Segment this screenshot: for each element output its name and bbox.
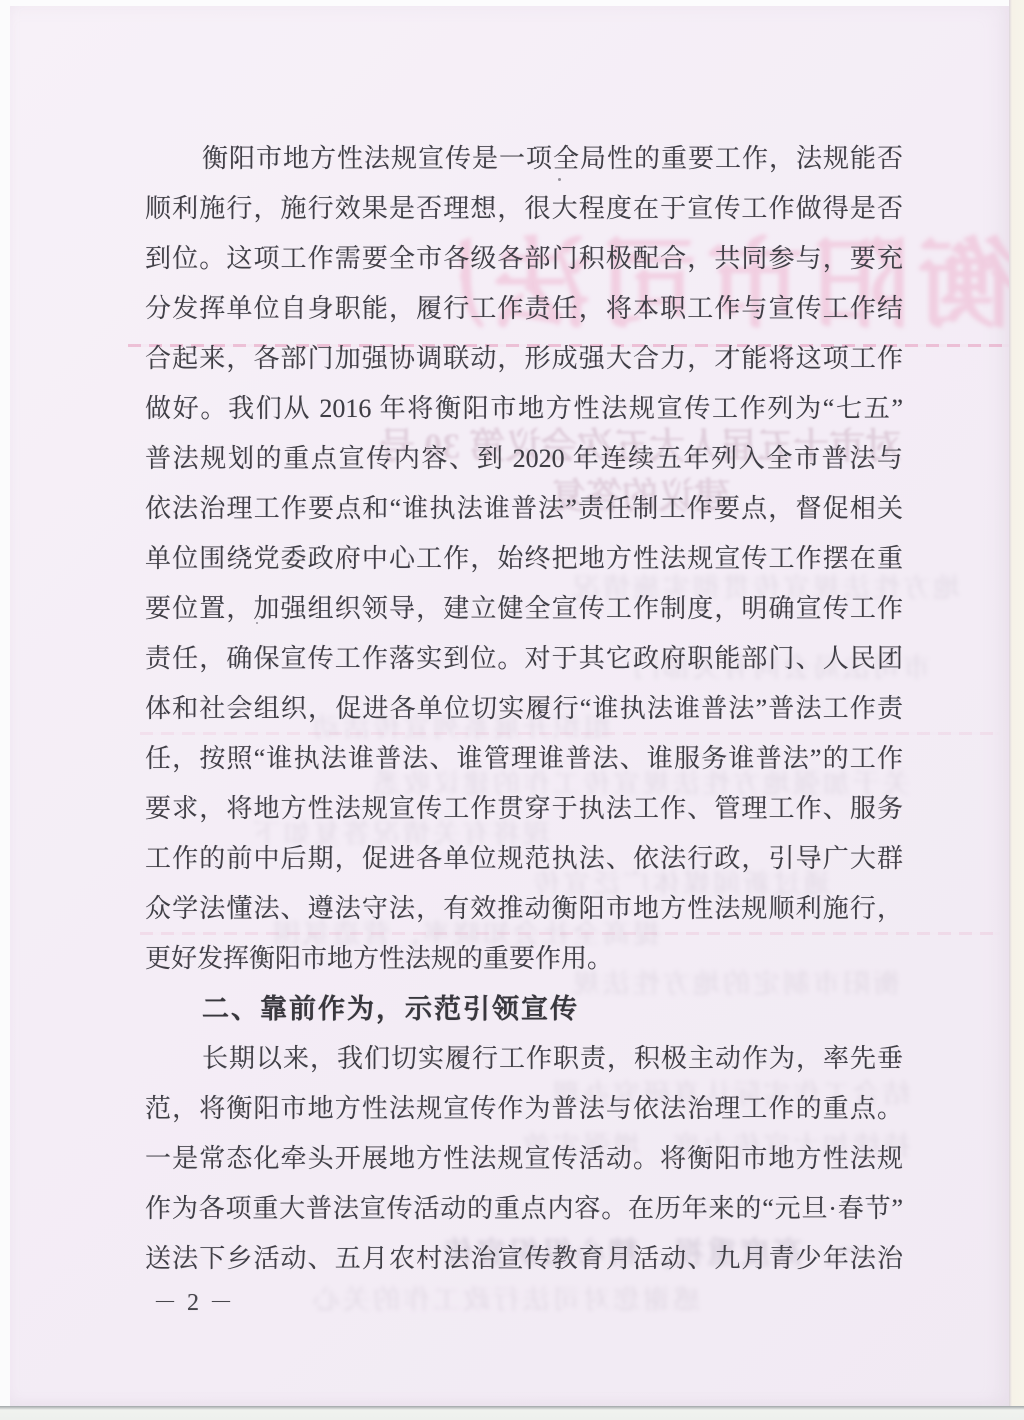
body-line: 长期以来，我们切实履行工作职责，积极主动作为，率先垂 bbox=[145, 1034, 903, 1084]
scan-speck bbox=[241, 396, 243, 399]
body-line: 要求，将地方性法规宣传工作贯穿于执法工作、管理工作、服务 bbox=[145, 784, 903, 834]
scan-edge bbox=[1009, 0, 1024, 1420]
body-line: 到位。这项工作需要全市各级各部门积极配合，共同参与，要充 bbox=[145, 234, 903, 284]
body-line: 要位置，加强组织领导，建立健全宣传工作制度，明确宣传工作 bbox=[145, 584, 903, 634]
document-body: 衡阳市地方性法规宣传是一项全局性的重要工作，法规能否 顺利施行，施行效果是否理想… bbox=[145, 134, 903, 1284]
body-line: 衡阳市地方性法规宣传是一项全局性的重要工作，法规能否 bbox=[145, 134, 903, 184]
section-heading: 二、靠前作为，示范引领宣传 bbox=[145, 984, 903, 1034]
body-line: 分发挥单位自身职能，履行工作责任，将本职工作与宣传工作结 bbox=[145, 284, 903, 334]
scan-speck bbox=[256, 622, 258, 624]
body-line: 范，将衡阳市地方性法规宣传作为普法与依法治理工作的重点。 bbox=[145, 1084, 903, 1134]
body-line: 工作的前中后期，促进各单位规范执法、依法行政，引导广大群 bbox=[145, 834, 903, 884]
body-line: 一是常态化牵头开展地方性法规宣传活动。将衡阳市地方性法规 bbox=[145, 1134, 903, 1184]
body-line: 更好发挥衡阳市地方性法规的重要作用。 bbox=[145, 934, 903, 984]
page-number: － 2 － bbox=[153, 1282, 235, 1317]
scan-edge bbox=[0, 1406, 1024, 1420]
body-line: 合起来，各部门加强协调联动，形成强大合力，才能将这项工作 bbox=[145, 334, 903, 384]
body-line: 作为各项重大普法宣传活动的重点内容。在历年来的“元旦·春节” bbox=[145, 1184, 903, 1234]
scanned-paper: 衡阳市司法局 对市十五届人大五次会议第 30 号 建议的答复 地方性法规宣传贯彻… bbox=[10, 6, 1009, 1408]
body-line: 责任，确保宣传工作落实到位。对于其它政府职能部门、人民团 bbox=[145, 634, 903, 684]
body-line: 任，按照“谁执法谁普法、谁管理谁普法、谁服务谁普法”的工作 bbox=[145, 734, 903, 784]
body-line: 普法规划的重点宣传内容、到 2020 年连续五年列入全市普法与 bbox=[145, 434, 903, 484]
body-line: 依法治理工作要点和“谁执法谁普法”责任制工作要点，督促相关 bbox=[145, 484, 903, 534]
body-line: 单位围绕党委政府中心工作，始终把地方性法规宣传工作摆在重 bbox=[145, 534, 903, 584]
scan-speck bbox=[558, 178, 561, 181]
body-line: 体和社会组织，促进各单位切实履行“谁执法谁普法”普法工作责 bbox=[145, 684, 903, 734]
body-line: 顺利施行，施行效果是否理想，很大程度在于宣传工作做得是否 bbox=[145, 184, 903, 234]
scan-edge bbox=[0, 0, 10, 1420]
body-line: 送法下乡活动、五月农村法治宣传教育月活动、九月青少年法治 bbox=[145, 1234, 903, 1284]
body-line: 做好。我们从 2016 年将衡阳市地方性法规宣传工作列为“七五” bbox=[145, 384, 903, 434]
scan-edge bbox=[0, 0, 1024, 6]
body-line: 众学法懂法、遵法守法，有效推动衡阳市地方性法规顺利施行， bbox=[145, 884, 903, 934]
